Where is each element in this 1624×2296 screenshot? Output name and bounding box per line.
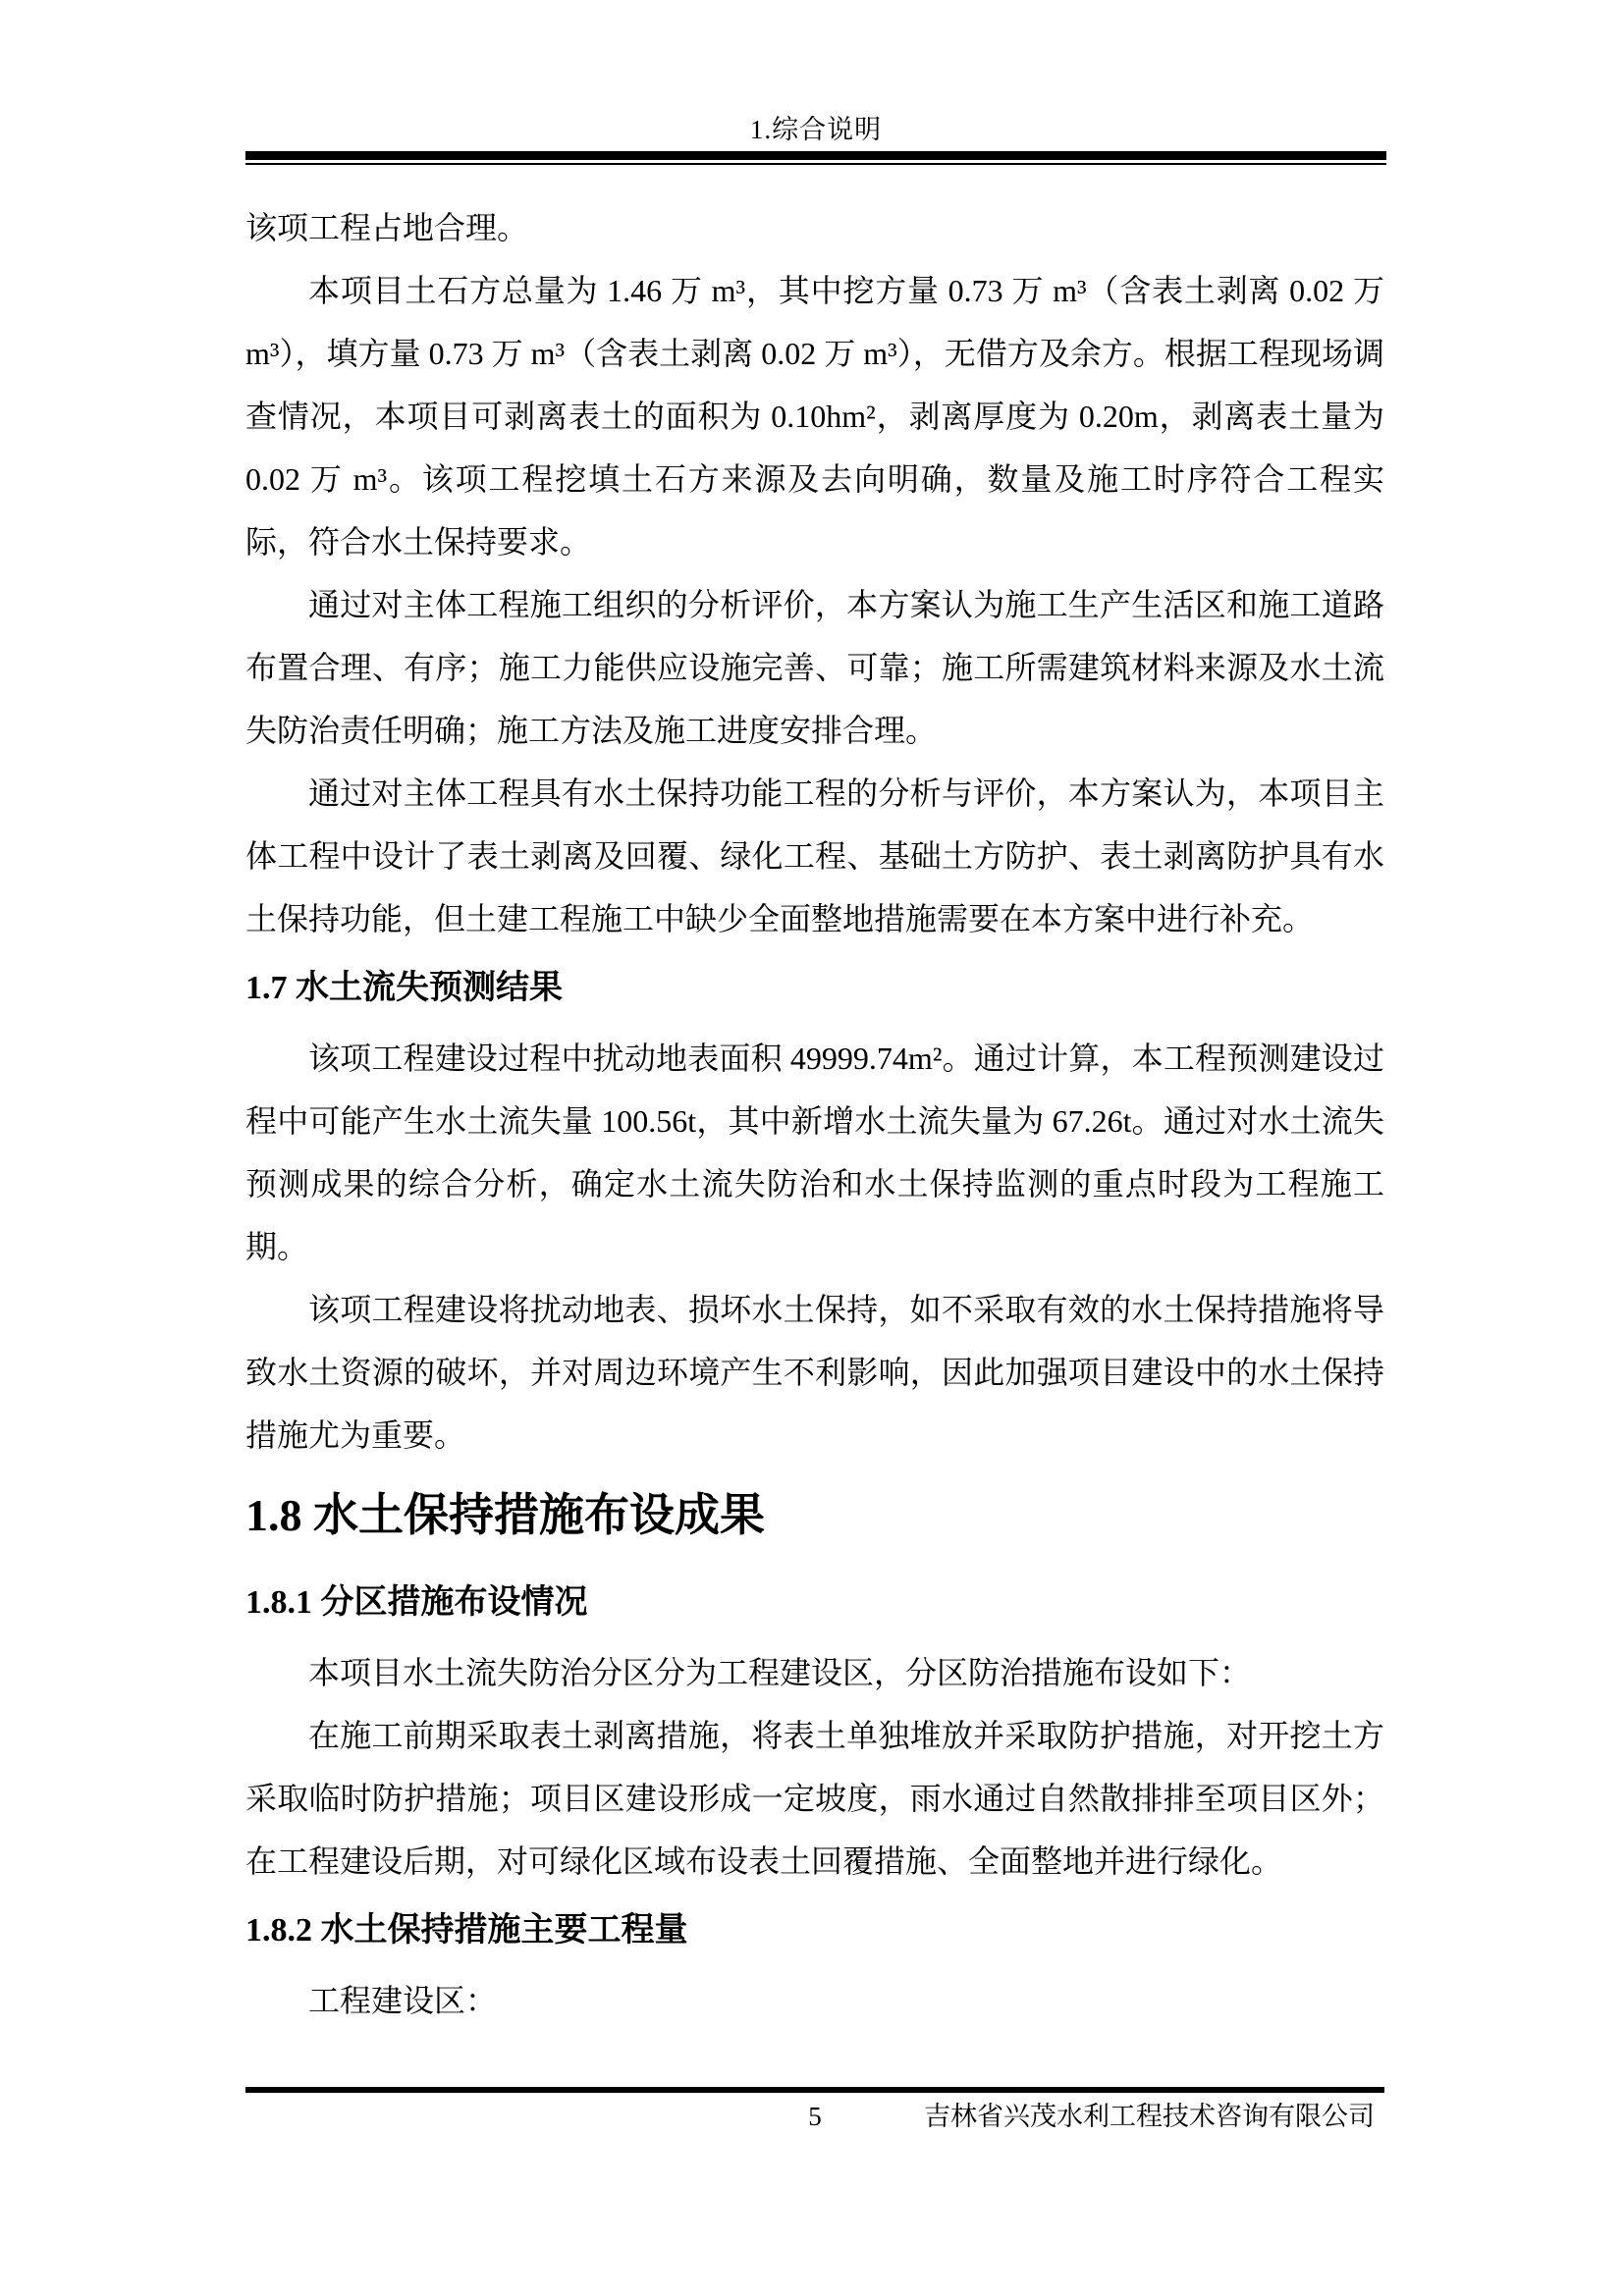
paragraph: 在施工前期采取表土剥离措施，将表土单独堆放并采取防护措施，对开挖土方采取临时防护… — [245, 1704, 1384, 1893]
paragraph: 通过对主体工程施工组织的分析评价，本方案认为施工生产生活区和施工道路布置合理、有… — [245, 573, 1384, 762]
footer-row: 5 吉林省兴茂水利工程技术咨询有限公司 — [245, 2100, 1384, 2133]
page-header: 1.综合说明 — [245, 114, 1386, 165]
footer-rule — [245, 2087, 1384, 2093]
page-footer: 5 吉林省兴茂水利工程技术咨询有限公司 — [245, 2087, 1384, 2133]
page-header-title: 1.综合说明 — [245, 114, 1386, 145]
paragraph: 本项目水土流失防治分区分为工程建设区，分区防治措施布设如下： — [245, 1641, 1384, 1704]
header-rule-thin — [245, 163, 1386, 165]
paragraph: 该项工程建设过程中扰动地表面积 49999.74m²。通过计算，本工程预测建设过… — [245, 1027, 1384, 1278]
section-heading-1-8: 1.8 水土保持措施布设成果 — [245, 1467, 1384, 1565]
section-heading-1-7: 1.7 水土流失预测结果 — [245, 950, 1384, 1027]
paragraph: 该项工程占地合理。 — [245, 196, 1384, 259]
section-heading-1-8-2: 1.8.2 水土保持措施主要工程量 — [245, 1893, 1384, 1969]
paragraph: 该项工程建设将扰动地表、损坏水土保持，如不采取有效的水土保持措施将导致水土资源的… — [245, 1278, 1384, 1467]
paragraph: 工程建设区： — [245, 1969, 1384, 2032]
paragraph: 通过对主体工程具有水土保持功能工程的分析与评价，本方案认为，本项目主体工程中设计… — [245, 762, 1384, 950]
document-page: 1.综合说明 该项工程占地合理。 本项目土石方总量为 1.46 万 m³，其中挖… — [0, 0, 1624, 2296]
document-body: 该项工程占地合理。 本项目土石方总量为 1.46 万 m³，其中挖方量 0.73… — [245, 196, 1384, 2032]
header-rule-thick — [245, 151, 1386, 160]
section-heading-1-8-1: 1.8.1 分区措施布设情况 — [245, 1565, 1384, 1641]
paragraph: 本项目土石方总量为 1.46 万 m³，其中挖方量 0.73 万 m³（含表土剥… — [245, 259, 1384, 573]
footer-company-name: 吉林省兴茂水利工程技术咨询有限公司 — [924, 2100, 1375, 2133]
